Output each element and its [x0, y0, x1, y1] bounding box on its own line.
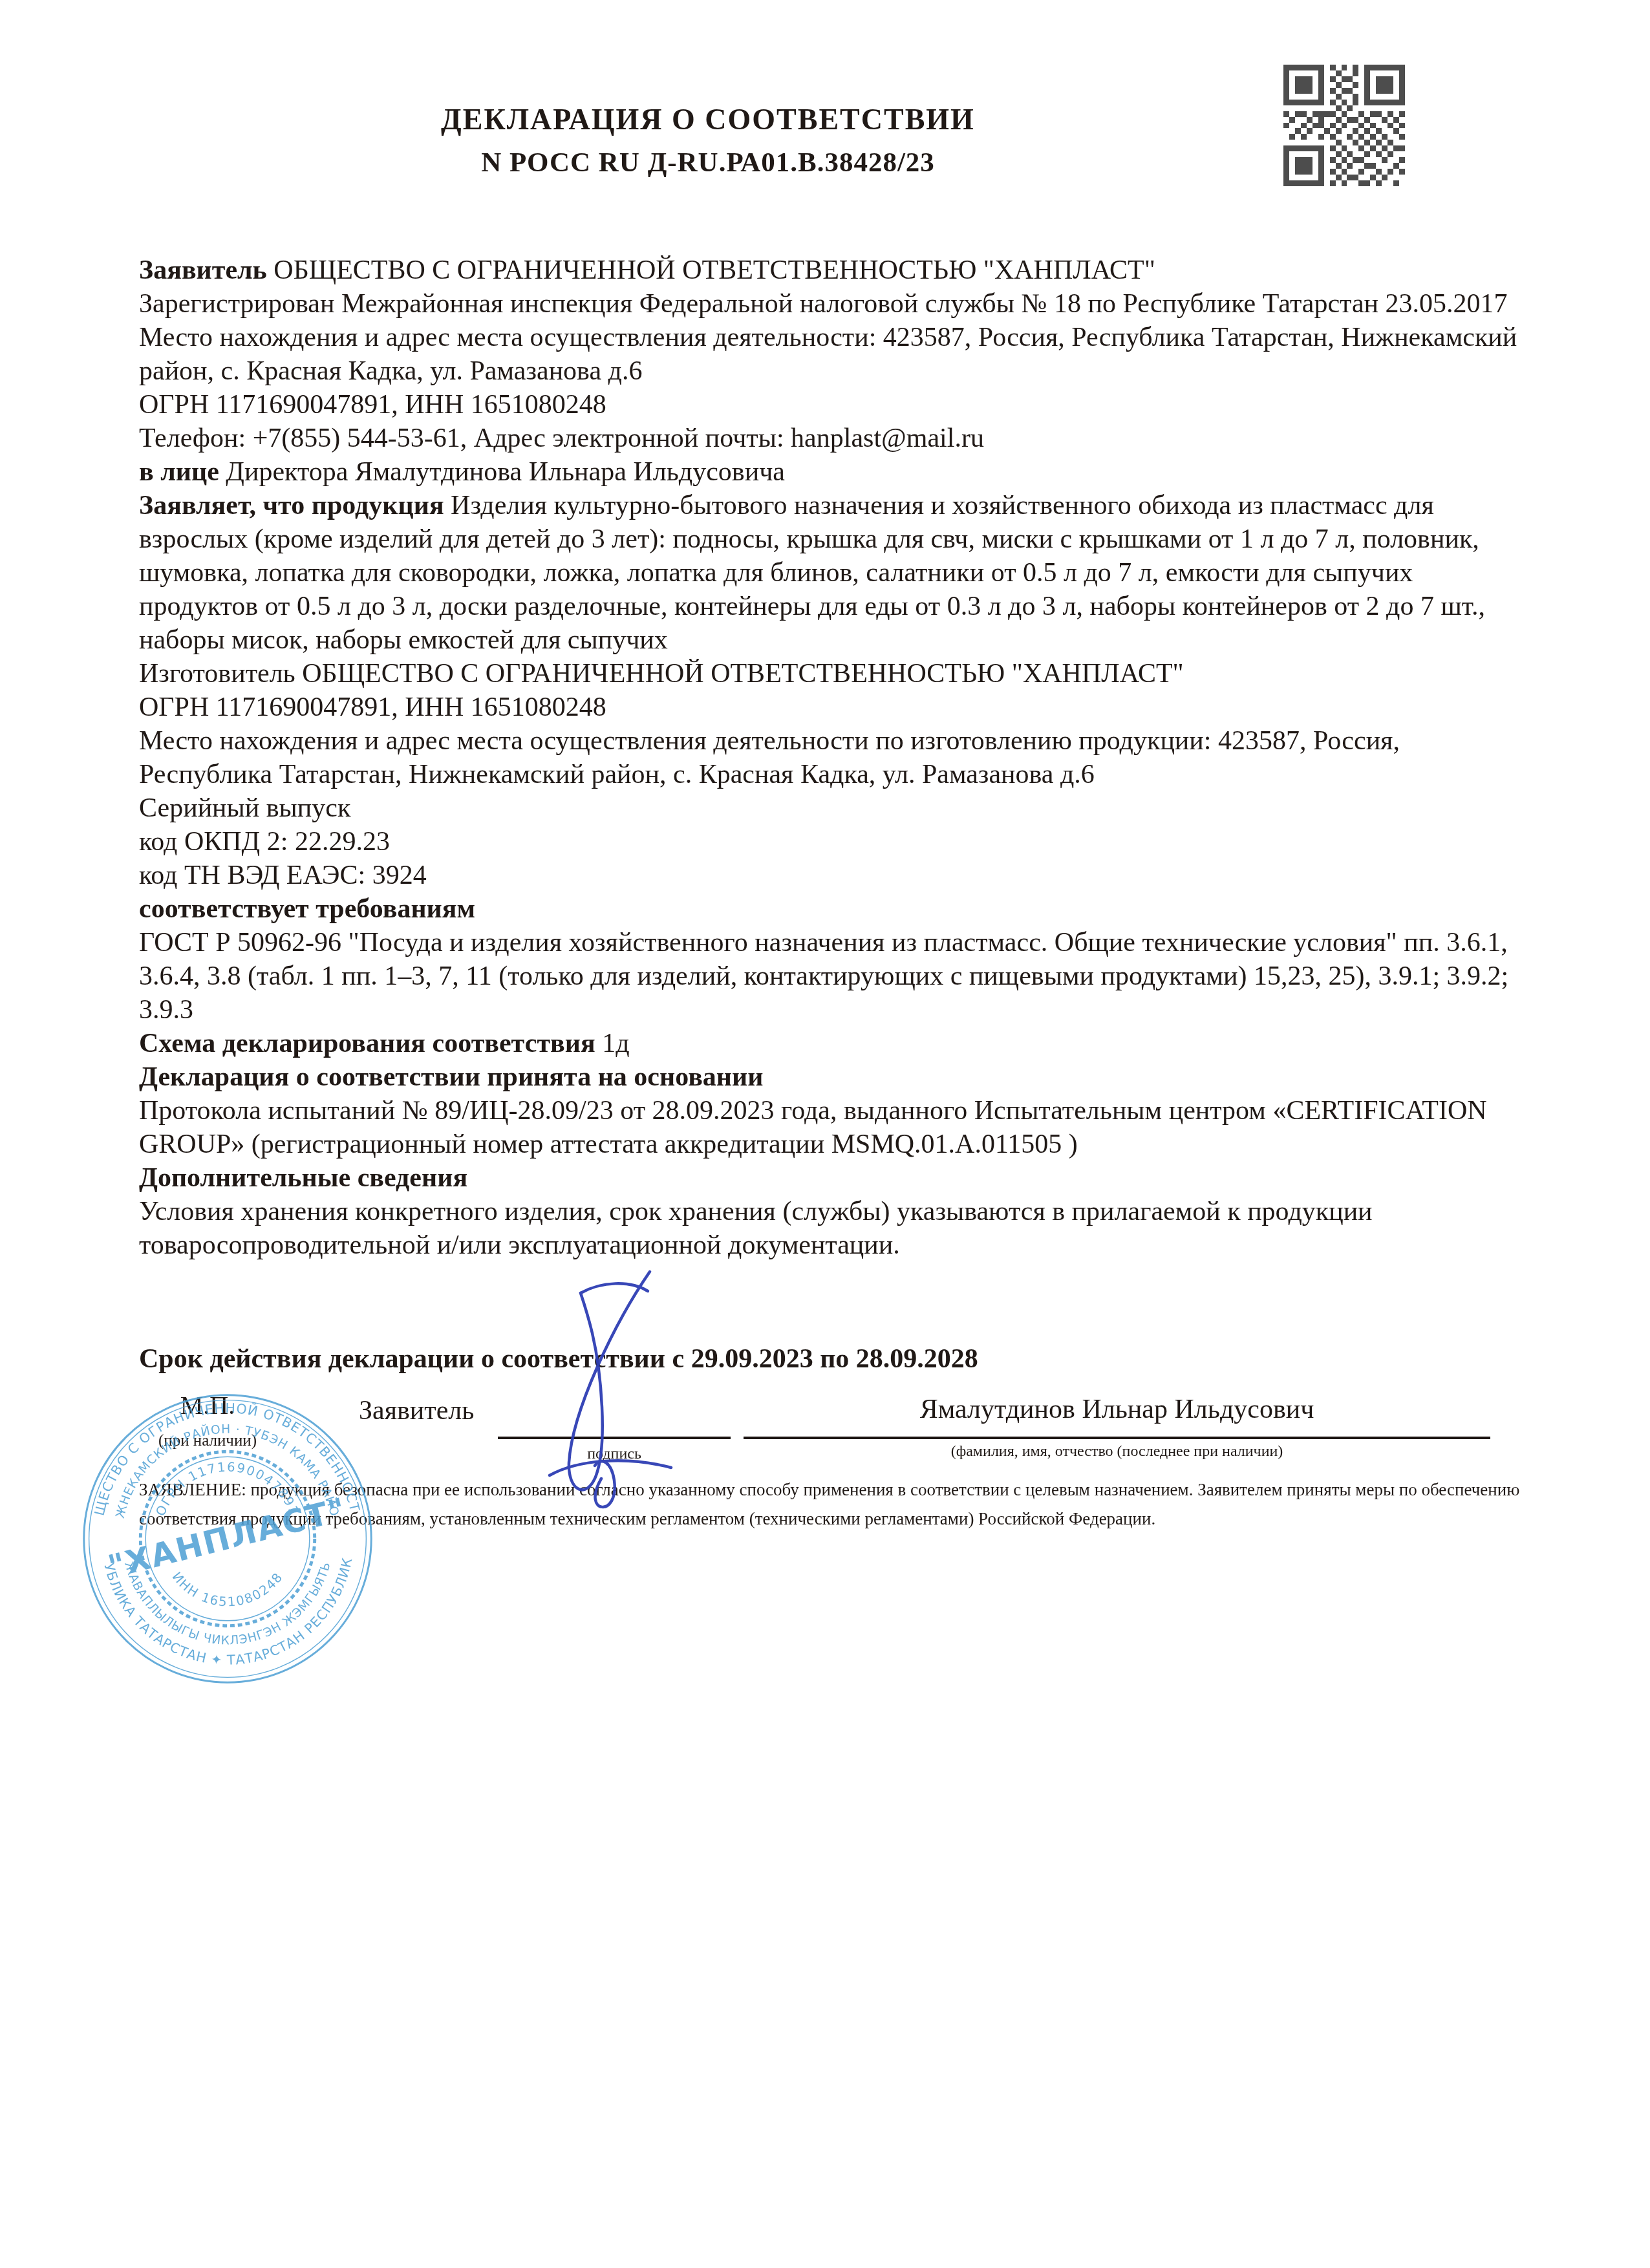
applicant-name: Ямалутдинов Ильнар Ильдусович [744, 1394, 1490, 1425]
paragraph: ГОСТ Р 50962-96 "Посуда и изделия хозяйс… [139, 926, 1523, 1027]
paragraph: Заявляет, что продукция Изделия культурн… [139, 489, 1523, 657]
paragraph: Условия хранения конкретного изделия, ср… [139, 1195, 1523, 1262]
name-caption: (фамилия, имя, отчество (последнее при н… [744, 1443, 1490, 1460]
paragraph: Телефон: +7(855) 544-53-61, Адрес электр… [139, 422, 1523, 455]
title-block: ДЕКЛАРАЦИЯ О СООТВЕТСТВИИ N РОСС RU Д-RU… [139, 102, 1277, 178]
qr-code [1283, 65, 1405, 186]
paragraph: ОГРН 1171690047891, ИНН 1651080248 [139, 690, 1523, 724]
declaration-document: ДЕКЛАРАЦИЯ О СООТВЕТСТВИИ N РОСС RU Д-RU… [0, 0, 1650, 2268]
paragraph: код ТН ВЭД ЕАЭС: 3924 [139, 859, 1523, 892]
paragraph: Изготовитель ОБЩЕСТВО С ОГРАНИЧЕННОЙ ОТВ… [139, 657, 1523, 690]
name-line [744, 1437, 1490, 1439]
seal-company-name: "ХАНПЛАСТ" [104, 1490, 350, 1586]
validity-period: Срок действия декларации о соответствии … [139, 1343, 1523, 1375]
paragraph: Декларация о соответствии принята на осн… [139, 1060, 1523, 1094]
paragraph: Серийный выпуск [139, 791, 1523, 825]
paragraph: ОГРН 1171690047891, ИНН 1651080248 [139, 388, 1523, 422]
svg-text:ИНН 1651080248: ИНН 1651080248 [169, 1569, 286, 1609]
company-seal-stamp: ОБЩЕСТВО С ОГРАНИЧЕННОЙ ОТВЕТСТВЕННОСТЬЮ… [75, 1386, 380, 1691]
paragraph: соответствует требованиям [139, 892, 1523, 926]
paragraph: Зарегистрирован Межрайонная инспекция Фе… [139, 287, 1523, 321]
document-number: N РОСС RU Д-RU.РА01.В.38428/23 [139, 147, 1277, 178]
paragraph: Место нахождения и адрес места осуществл… [139, 321, 1523, 388]
body-paragraphs: Заявитель ОБЩЕСТВО С ОГРАНИЧЕННОЙ ОТВЕТС… [139, 253, 1523, 1262]
paragraph: Протокола испытаний № 89/ИЦ-28.09/23 от … [139, 1094, 1523, 1161]
paragraph: Место нахождения и адрес места осуществл… [139, 724, 1523, 791]
seal-inn-text: ИНН 1651080248 [169, 1569, 286, 1609]
paragraph: Схема декларирования соответствия 1д [139, 1027, 1523, 1060]
document-title: ДЕКЛАРАЦИЯ О СООТВЕТСТВИИ [139, 102, 1277, 136]
paragraph: Дополнительные сведения [139, 1161, 1523, 1195]
paragraph: Заявитель ОБЩЕСТВО С ОГРАНИЧЕННОЙ ОТВЕТС… [139, 253, 1523, 287]
paragraph: код ОКПД 2: 22.29.23 [139, 825, 1523, 859]
paragraph: в лице Директора Ямалутдинова Ильнара Ил… [139, 455, 1523, 489]
signature-scribble [504, 1262, 724, 1521]
